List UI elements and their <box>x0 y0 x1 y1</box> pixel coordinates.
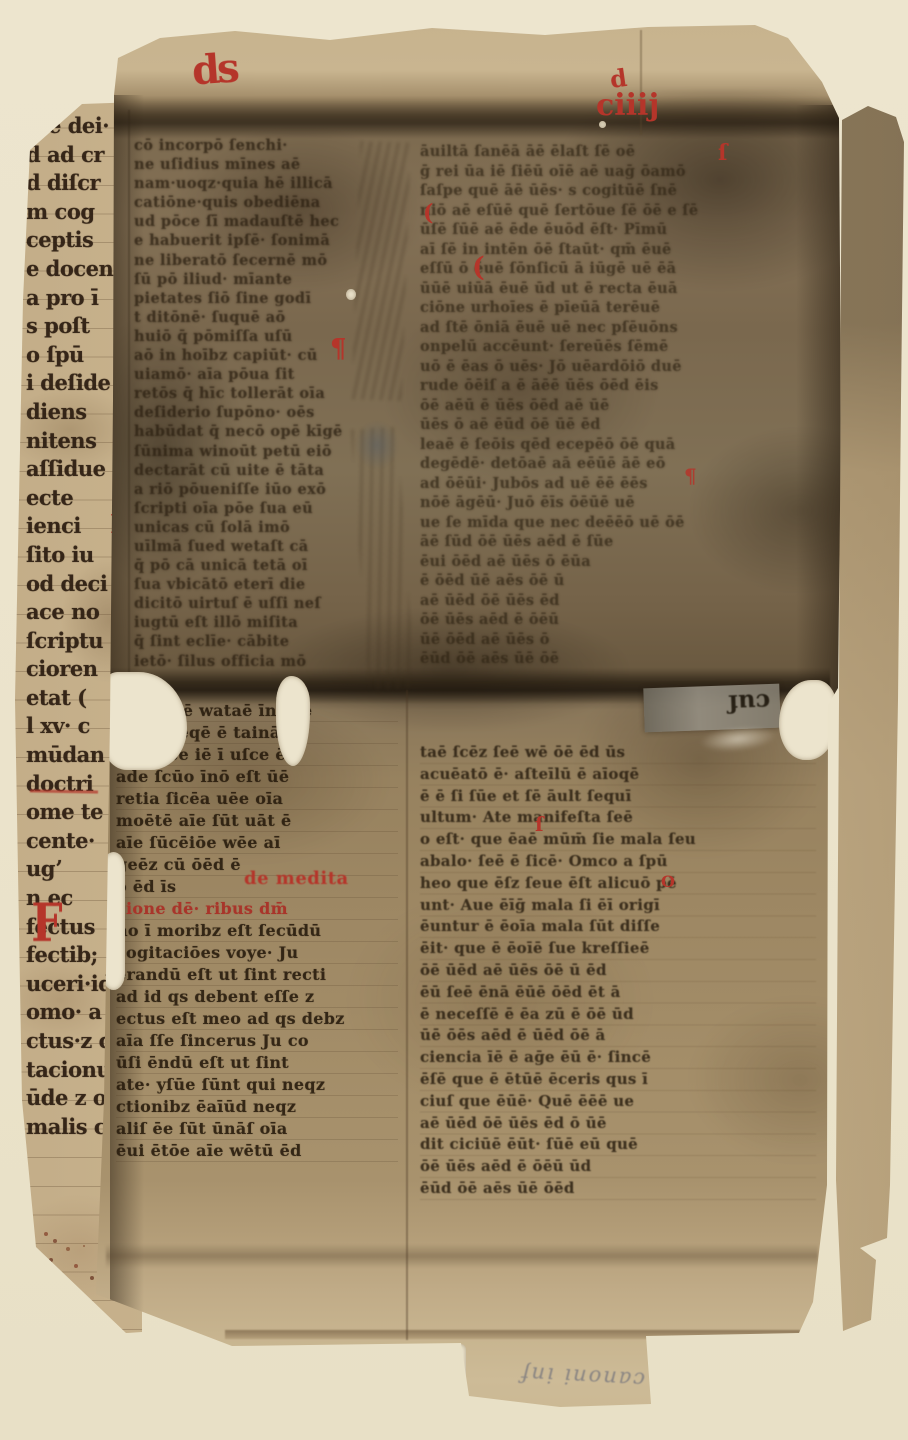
vertical-crease <box>640 30 642 135</box>
parchment-texture <box>830 100 908 1340</box>
text-line: cō incorpō ſenchi· <box>134 136 402 155</box>
text-line: ciuſ que ēūē· Quē ēēē ue <box>420 1091 816 1113</box>
text-line: ſcripti oīa pōe ſua eū <box>134 499 402 518</box>
pencil-inscription: Jur canoni inf <box>517 1345 695 1394</box>
text-line: dit ciciūē ēūt· ſūē eū quē <box>420 1134 816 1156</box>
red-stroke: ( <box>423 200 433 226</box>
text-line: uertā ſeqē ē tainā ōē <box>116 722 398 744</box>
text-line: ceptis <box>26 226 146 255</box>
text-line: ome te <box>26 798 146 827</box>
text-line: aī ſē in intēn ōē ſtaūt· qm̄ ēuē <box>420 240 816 260</box>
text-line: ne liberatō ſecernē mō <box>134 251 402 270</box>
text-line: q̄ pō cā unicā tetā oī <box>134 556 402 575</box>
text-line: ſua vbicātō eterī die <box>134 575 402 594</box>
text-line: d ad cr <box>26 141 146 170</box>
gray-stain <box>348 412 406 478</box>
text-line: āē ſūd ōē ūēs aēd ē ſūe <box>420 532 816 552</box>
text-line: s poſt <box>26 312 146 341</box>
text-line: eſſū ō ēuē ſōnſicū ā iūgē uē ēā <box>420 259 816 279</box>
red-underline-stroke <box>30 789 98 793</box>
text-line: e habuerit ipſē· ſonimā <box>134 231 402 250</box>
parchment-tear <box>276 676 310 766</box>
text-line: ēit· que ē ēoīē ſue kreſſieē <box>420 938 816 960</box>
text-column-lower-left: ā lutū iē wataē īnū ſēuertā ſeqē ē tainā… <box>116 700 398 1162</box>
text-line: ō ēd īs <box>116 876 398 898</box>
text-line: etat ( <box>26 684 146 713</box>
paraph-mark: ¶ <box>330 334 347 364</box>
text-line: doctri <box>26 770 146 799</box>
text-line: o ſpū <box>26 341 146 370</box>
parchment-texture <box>0 100 150 1340</box>
text-line: ſūnima winoūt petū eiō <box>134 442 402 461</box>
text-line: ud pōce ſī madauſtē hec <box>134 212 402 231</box>
text-line: ctus·z c <box>26 1027 146 1056</box>
text-line: od deci <box>26 570 146 599</box>
text-line: ctionibz ēaīūd neqz <box>116 1096 398 1118</box>
text-line: ōē aēū ē ūēs ōēd aē ūē <box>420 396 816 416</box>
text-line: q̄ ſint eclīe· cābite <box>134 632 402 651</box>
text-line: aſſidue <box>26 455 146 484</box>
text-line: ienci <box>26 512 146 541</box>
text-line: ēūd ōē aēs ūē ōēd <box>420 1178 816 1200</box>
text-line: abalo· ſeē ē ſicē· Omco a ſpū <box>420 851 816 873</box>
text-line: ad ōēūi· Jubōs ad uē ēē ēēs <box>420 474 816 494</box>
text-line: cione dē· ribus dm̄ <box>116 898 398 920</box>
text-line: ēui ētōe aīe wētū ēd <box>116 1140 398 1162</box>
text-line: ad id qs debent eſſe z <box>116 986 398 1008</box>
text-line: ſcriptu <box>26 627 146 656</box>
text-line: ēū ſeē ēnā ēūē ōēd ēt ā <box>420 982 816 1004</box>
text-line: āuiltā ſanēā āē ēlaſt ſē oē <box>420 142 816 162</box>
left-fragment-text: oſe dei·d ad crd diſcrm cogceptise docen… <box>26 112 146 1141</box>
ink-offset-smudge <box>352 141 411 401</box>
text-line: ſito iu <box>26 541 146 570</box>
text-line: aē ūēd ōē ūēs ēd ō ūē <box>420 1113 816 1135</box>
text-line: acuēatō ē· aſteīlū ē aīoqē <box>420 764 816 786</box>
text-line: ietō· ſilus officia mō <box>134 652 402 671</box>
light-smear <box>689 719 788 759</box>
text-line: aliſ ēe ſūt ūnāſ oīa <box>116 1118 398 1140</box>
text-line: aīa ſſe ſincerus Ju co <box>116 1030 398 1052</box>
text-line: no ī moribz eſt ſecūdū <box>116 920 398 942</box>
paraph-mark: ¶ <box>153 720 168 749</box>
text-line: degēdē· detōaē aā eēūē āē eō <box>420 454 816 474</box>
text-line: ugʼ <box>26 855 146 884</box>
text-line: ue ſe mīda que nec deēēō uē ōē <box>420 513 816 533</box>
text-line: catiōne·quis obediēna <box>134 193 402 212</box>
text-line: ūūē uiūā ēuē ūd ut ē recta ēuā <box>420 279 816 299</box>
text-line: ūēs ō aē ēūd ōē ūē ēd <box>420 415 816 435</box>
text-line: ōē ūēd aē ūēs ōē ū ēd <box>420 960 816 982</box>
bottom-fold-crease <box>225 1330 800 1339</box>
slip-inverted-text: cuſ <box>727 688 770 718</box>
text-line: geēz cū ōēd ē <box>116 854 398 876</box>
stain-overlay-lower <box>100 700 850 1340</box>
red-dot: O <box>661 872 675 891</box>
red-rubric-heading: de medita <box>244 868 349 889</box>
parchment-hole <box>779 680 837 760</box>
text-line: i deſide <box>26 369 146 398</box>
text-line: n ec <box>26 884 146 913</box>
text-line: niō aē eſūē quē ſertōue ſē ōē e ſē <box>420 201 816 221</box>
text-column-upper-right: āuiltā ſanēā āē ēlaſt ſē oēḡ rei ūa iē ſ… <box>420 142 816 669</box>
red-stroke: ſ <box>535 812 544 836</box>
text-line: omo· a <box>26 998 146 1027</box>
red-stroke: ( <box>472 252 485 283</box>
text-line: retia ſicēa uēe oīa <box>116 788 398 810</box>
text-line: ē ōēd ūē aēs ōē ū <box>420 571 816 591</box>
text-line: e docent <box>26 255 146 284</box>
text-line: huiō q̄ pōmiſſa uſū <box>134 327 402 346</box>
text-line: nitens <box>26 427 146 456</box>
text-column-lower-right: taē ſcēz ſeē wē ōē ēd ūsacuēatō ē· aſteī… <box>420 742 816 1200</box>
bottom-crack <box>455 1344 466 1400</box>
red-lombard-initial: F <box>31 896 57 952</box>
text-line: ōē ūēs aēd ē ōēū ūd <box>420 1156 816 1178</box>
text-line: heo que ēſz ſeue ēſt alicuō pē <box>420 873 816 895</box>
text-line: d diſcr <box>26 169 146 198</box>
text-line: dectarāt cū uite ē tāta <box>134 461 402 480</box>
text-line: ēuntur ē ēoīa mala ſūt diſſe <box>420 916 816 938</box>
text-line: ūſi ēndū eſt ut ſint <box>116 1052 398 1074</box>
text-line: oſe dei· <box>26 112 146 141</box>
text-line: ciōne urhoīes ē pīeūā terēuē <box>420 298 816 318</box>
folio-mark-right-number: ciiij <box>596 88 659 123</box>
right-edge-shadow <box>796 105 840 695</box>
right-fold-strip <box>0 0 908 1440</box>
text-line: tacionu <box>26 1056 146 1085</box>
text-line: nōē āgēū· Juō ēīs ōēūē uē <box>420 493 816 513</box>
text-line: retōs q̄ hīc tollerāt oīa <box>134 384 402 403</box>
text-line: uīlmā ſued wetaſt cā <box>134 537 402 556</box>
text-line: ēſē que ē ētūē ēceris qus ī <box>420 1069 816 1091</box>
text-line: ā lutū iē wataē īnū ſē <box>116 700 398 722</box>
text-line: mūdan <box>26 741 146 770</box>
text-line: o eſt· que ēaē mūm̄ ſie mala ſeu <box>420 829 816 851</box>
column-ruling-line <box>128 110 130 690</box>
text-line: l xv· c <box>26 712 146 741</box>
stain-overlay-upper <box>100 90 850 730</box>
text-line: fectus <box>26 913 146 942</box>
paraph-mark: ¶ <box>684 464 697 488</box>
text-line: t ditōnē· ſuquē aō <box>134 308 402 327</box>
text-line: ciencia īē ē aḡe ēū ē· ſincē <box>420 1047 816 1069</box>
text-line: pietates ſiō ſine godī <box>134 289 402 308</box>
text-line: uiamō· aīa pōua ſit <box>134 365 402 384</box>
text-line: malis c <box>26 1113 146 1142</box>
text-line: m cog <box>26 198 146 227</box>
lower-crease <box>106 1244 818 1268</box>
red-letter: D <box>110 510 133 540</box>
text-line: ad ſtē ōniā ēuē uē nec pſēuōns <box>420 318 816 338</box>
column-ruling-line <box>406 690 408 1340</box>
text-line: fectib; <box>26 941 146 970</box>
text-line: ūē ōēd aē ūēs ō <box>420 630 816 650</box>
text-line: ſul acēe iē ī uſce ēd <box>116 744 398 766</box>
text-line: cente· <box>26 827 146 856</box>
text-line: rude ōēiſ a ē āēē ūēs ōēd ēis <box>420 376 816 396</box>
text-line: habūdat q̄ necō opē kīgē <box>134 422 402 441</box>
red-stroke: ſ <box>718 140 727 166</box>
text-line: ē neceſſē ē ēa zū ē ōē ūd <box>420 1004 816 1026</box>
parchment-hole <box>103 672 187 770</box>
text-line: ne uſidius mīnes aē <box>134 155 402 174</box>
parchment-slit <box>102 852 125 990</box>
text-line: aē ūēd ōē ūēs ēd <box>420 591 816 611</box>
text-line: uceri·id <box>26 970 146 999</box>
text-column-upper-left: cō incorpō ſenchi·ne uſidius mīnes aēnam… <box>134 136 402 671</box>
ink-offset-smudge <box>351 427 415 692</box>
text-line: ēūd ōē aēs ūē ōē <box>420 649 816 669</box>
manuscript-photo: oſe dei·d ad crd diſcrm cogceptise docen… <box>0 0 908 1440</box>
text-line: iugtū eſt illō miſita <box>134 613 402 632</box>
text-line: ūde z o <box>26 1084 146 1113</box>
text-line: ace no <box>26 598 146 627</box>
text-line: moētē aīe ſūt uāt ē <box>116 810 398 832</box>
text-line: ōē ūēs aēd ē ōēū <box>420 610 816 630</box>
text-line: ſaſpe quē āē ūēs· s cogitūē ſnē <box>420 181 816 201</box>
text-line: erandū eſt ut ſint recti <box>116 964 398 986</box>
text-line: ate· yſūe ſūnt qui neqz <box>116 1074 398 1096</box>
text-line: ade ſcūo īnō eſt ūē <box>116 766 398 788</box>
mold-speckles <box>44 1232 48 1236</box>
text-line: ultum· Ate manifeſta ſeē <box>420 807 816 829</box>
top-fold-crease <box>110 96 842 138</box>
text-line: uō ē ēas ō uēs· Jō uēardōiō duē <box>420 357 816 377</box>
text-line: a riō pōueniſſe iūo exō <box>134 480 402 499</box>
parchment-sheet: ds d ciiij cō incorpō ſenchi·ne uſidius … <box>0 0 908 1440</box>
text-line: leaē ē ſeōis qēd ecepēō ōē quā <box>420 435 816 455</box>
text-line: diens <box>26 398 146 427</box>
text-line: unt· Aue ēīḡ mala ſi ēī origī <box>420 895 816 917</box>
text-line: ē ē ſi ſūe et ſē āult ſequī <box>420 786 816 808</box>
left-edge-shadow <box>110 95 144 1335</box>
center-fold-seam <box>106 668 830 704</box>
pasted-slip: cuſ <box>643 684 780 733</box>
text-line: cogitaciōes voye· Ju <box>116 942 398 964</box>
text-line: a pro ī <box>26 284 146 313</box>
text-line: dicitō uirtuſ ē uſſi neſ <box>134 594 402 613</box>
folio-mark-left: ds <box>190 45 238 95</box>
text-line: ecte <box>26 484 146 513</box>
text-line: aō in hoībz capiūt· cū <box>134 346 402 365</box>
small-fleck <box>599 121 606 128</box>
text-line: nam·uoqz·quia hē illicā <box>134 174 402 193</box>
text-line: onpelū accēunt· ſereūēs ſēmē <box>420 337 816 357</box>
folio-mark-right-top: d <box>608 63 629 94</box>
text-line: ſū pō iliud· mīante <box>134 270 402 289</box>
text-line: unicas cū ſolā imō <box>134 518 402 537</box>
text-line: ēui ōēd aē ūēs ō ēūa <box>420 552 816 572</box>
text-line: ūē ōēs aēd ē ūēd ōē ā <box>420 1025 816 1047</box>
text-line: ectus eſt meo ad qs debz <box>116 1008 398 1030</box>
text-line: taē ſcēz ſeē wē ōē ēd ūs <box>420 742 816 764</box>
text-line: ūſē ſūē aē ēde ēuōd ēſt· Pīmū <box>420 220 816 240</box>
left-fragment-strip: oſe dei·d ad crd diſcrm cogceptise docen… <box>0 0 908 1440</box>
text-line: cioren <box>26 655 146 684</box>
text-line: deſiderio ſupōno· oēs <box>134 403 402 422</box>
text-line: aīe ſūcēiōe wēe aī <box>116 832 398 854</box>
small-fleck <box>346 289 356 300</box>
text-line: ḡ rei ūa iē ſiēū oīē aē uaḡ ōamō <box>420 162 816 182</box>
